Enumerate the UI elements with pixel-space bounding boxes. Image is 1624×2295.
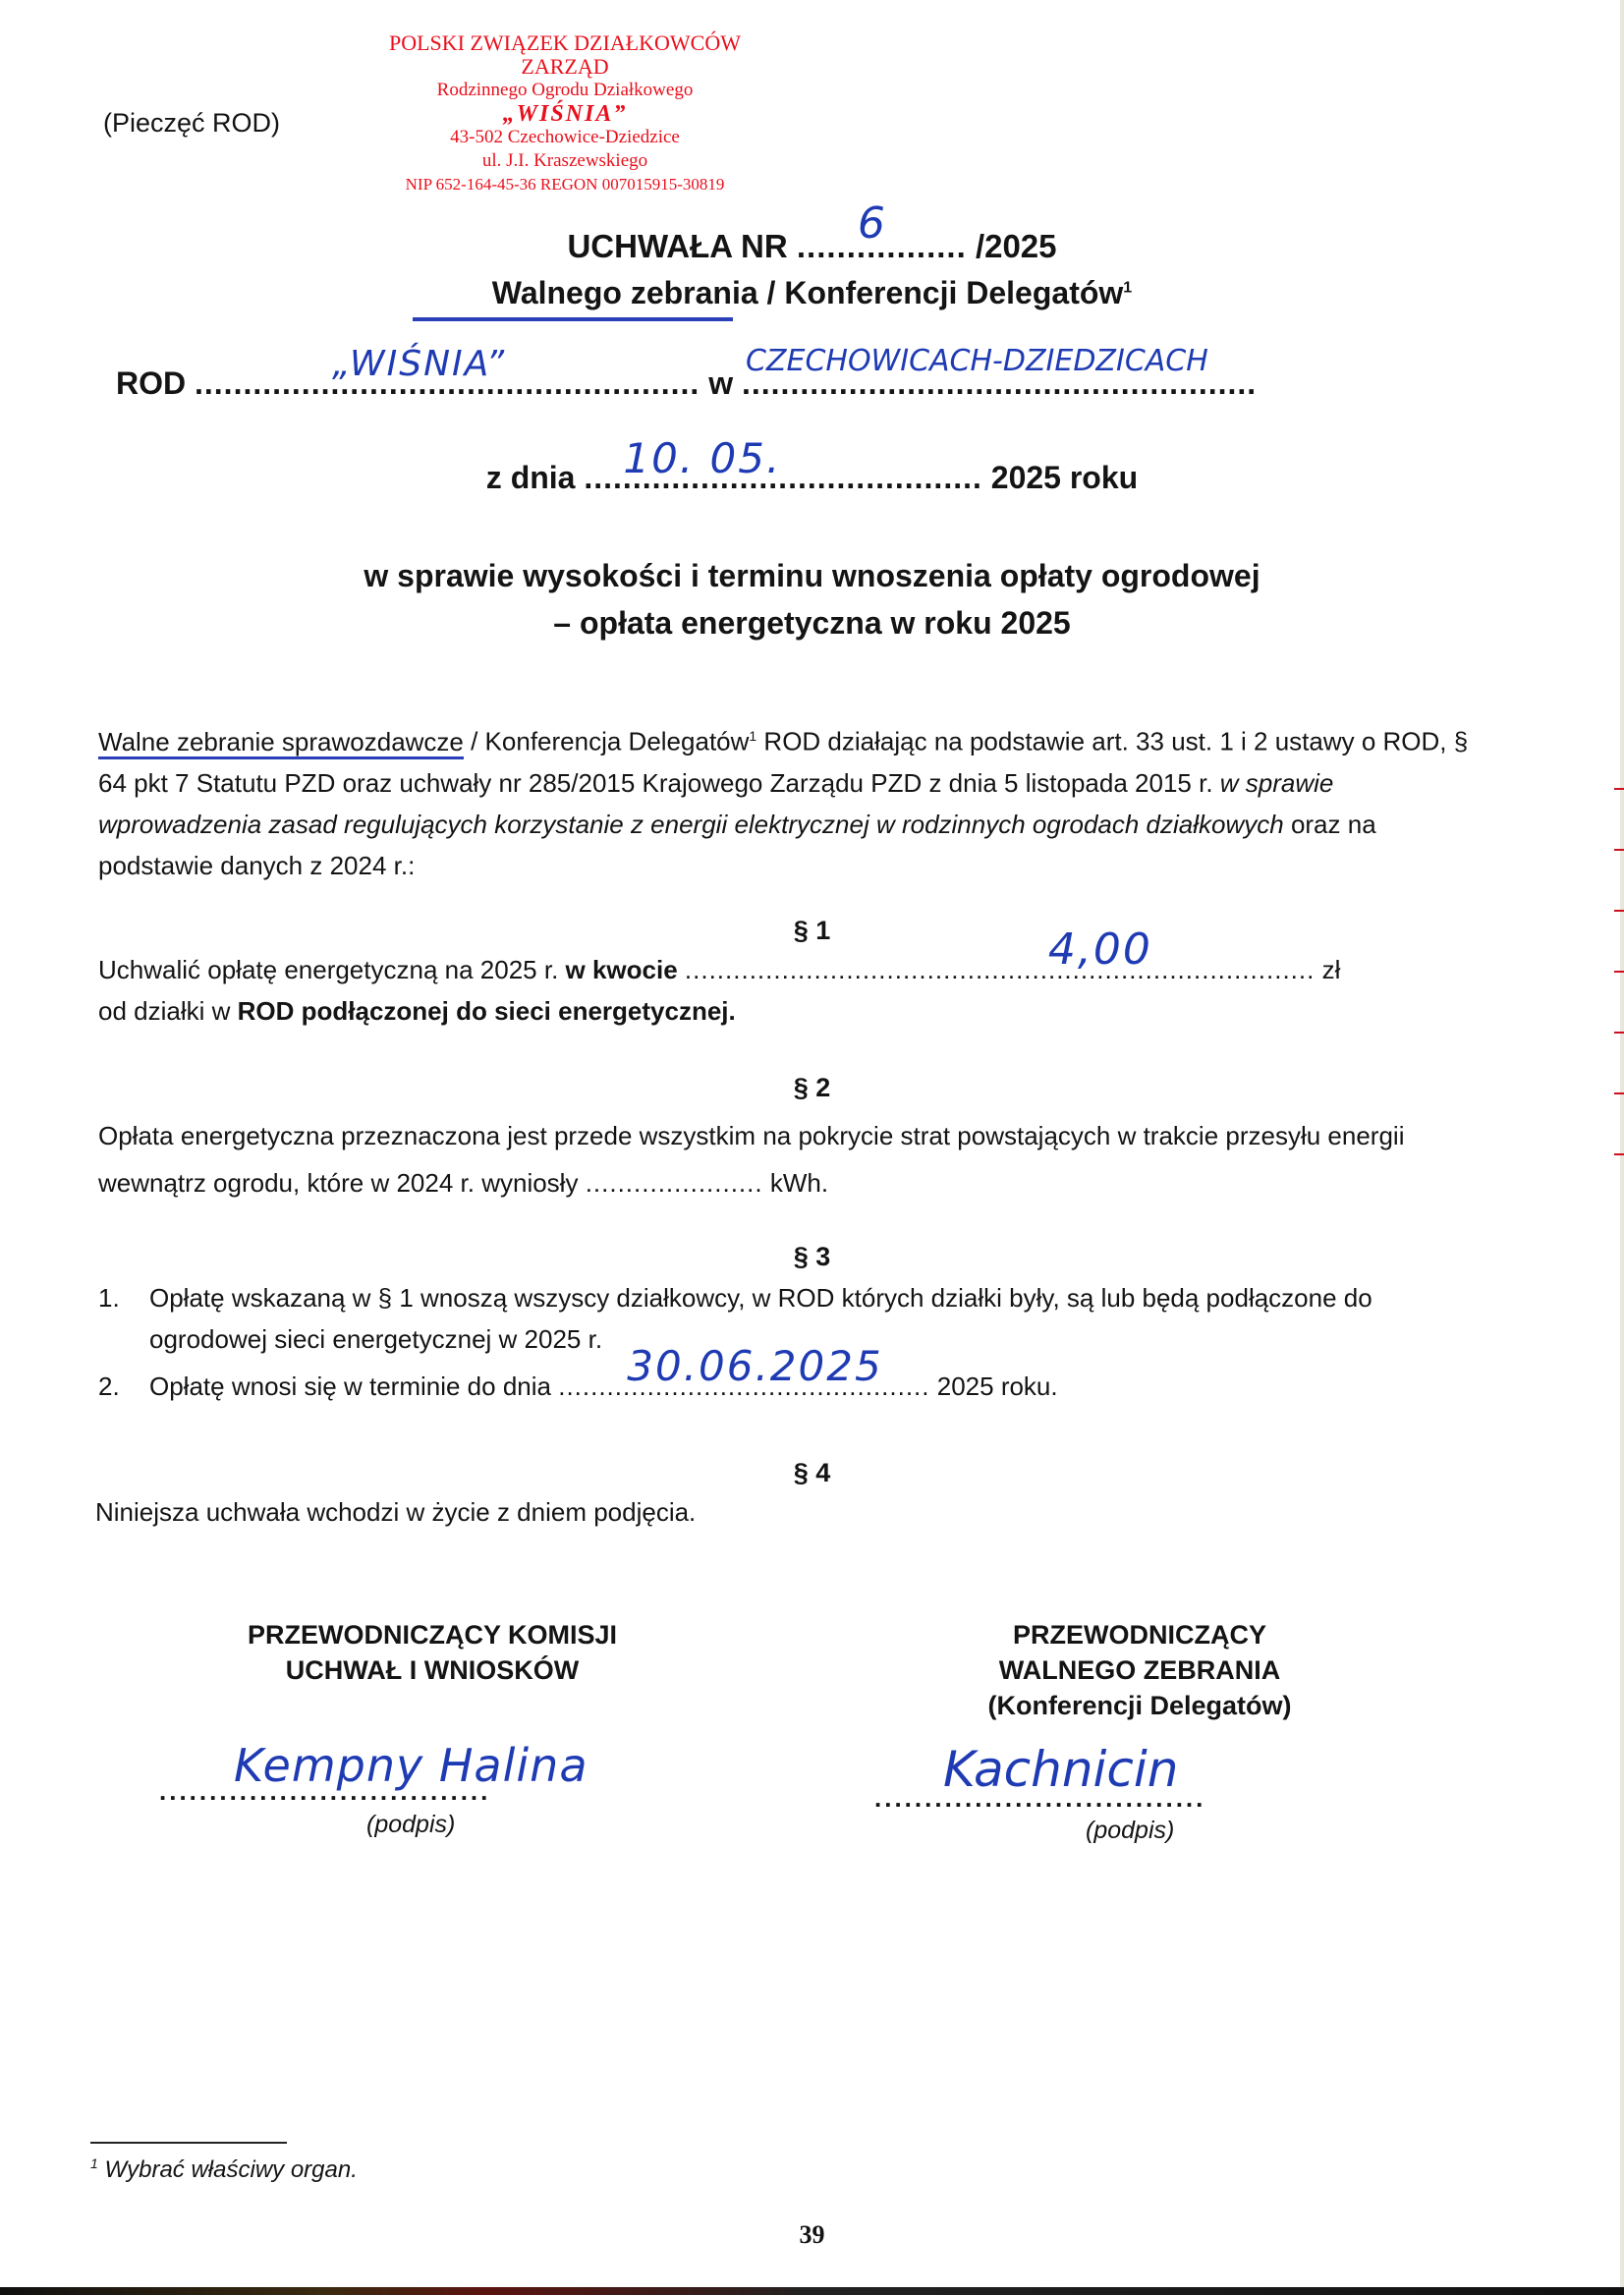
amount-dots: ........................................… <box>685 955 1315 984</box>
edge-tick-mark <box>1614 1032 1624 1034</box>
scan-bottom-edge <box>0 2287 1624 2295</box>
section-3-heading: § 3 <box>0 1242 1624 1272</box>
item-number: 1. <box>98 1277 149 1360</box>
page-number: 39 <box>0 2220 1624 2250</box>
section-3-list: 1. Opłatę wskazaną w § 1 wnoszą wszyscy … <box>98 1277 1479 1407</box>
rod-line: ROD ....................................… <box>116 365 1257 402</box>
s1-bold: w kwocie <box>566 955 678 984</box>
footnote-text: Wybrać właściwy organ. <box>98 2156 358 2183</box>
left-signatory-title: PRZEWODNICZĄCY KOMISJI UCHWAŁ I WNIOSKÓW <box>157 1617 707 1688</box>
stamp-line: POLSKI ZWIĄZEK DZIAŁKOWCÓW <box>295 31 835 55</box>
stamp-line: „WIŚNIA” <box>295 102 835 126</box>
page-edge <box>1620 0 1624 2295</box>
rod-stamp: POLSKI ZWIĄZEK DZIAŁKOWCÓW ZARZĄD Rodzin… <box>295 31 835 196</box>
resolution-number-field[interactable]: 6 <box>858 198 887 249</box>
right-signatory-title: PRZEWODNICZĄCY WALNEGO ZEBRANIA (Konfere… <box>884 1617 1395 1723</box>
stamp-line: ul. J.I. Kraszewskiego <box>295 149 835 173</box>
date-suffix: 2025 roku <box>991 460 1138 495</box>
subject-line-2: – opłata energetyczna w roku 2025 <box>0 599 1624 646</box>
date-prefix: z dnia <box>486 460 576 495</box>
stamp-line: ZARZĄD <box>295 55 835 79</box>
subject-line-1: w sprawie wysokości i terminu wnoszenia … <box>0 552 1624 599</box>
edge-tick-mark <box>1614 1153 1624 1155</box>
resolution-year: /2025 <box>976 228 1057 264</box>
resolution-organ: Walnego zebrania / Konferencji Delegatów… <box>0 275 1624 311</box>
edge-tick-mark <box>1614 910 1624 912</box>
intro-text: / Konferencja Delegatów <box>464 727 750 756</box>
s1-text: Uchwalić opłatę energetyczną na 2025 r. <box>98 955 566 984</box>
footnote: 1 Wybrać właściwy organ. <box>90 2155 358 2184</box>
left-signature-caption: (podpis) <box>366 1811 455 1839</box>
section-2-heading: § 2 <box>0 1073 1624 1103</box>
item-number: 2. <box>98 1366 149 1407</box>
rod-name-field[interactable]: „WIŚNIA” <box>332 344 506 384</box>
footnote-divider <box>90 2142 287 2144</box>
organ-text: Walnego zebrania / Konferencji Delegatów <box>492 275 1123 310</box>
currency-unit: zł <box>1322 955 1341 984</box>
resolution-subject: w sprawie wysokości i terminu wnoszenia … <box>0 552 1624 646</box>
seal-label: (Pieczęć ROD) <box>103 108 280 139</box>
edge-tick-mark <box>1614 849 1624 851</box>
title-line: UCHWAŁ I WNIOSKÓW <box>157 1652 707 1688</box>
section-1-line-1: Uchwalić opłatę energetyczną na 2025 r. … <box>98 949 1479 990</box>
section-4-heading: § 4 <box>0 1458 1624 1488</box>
date-line: z dnia .................................… <box>0 460 1624 496</box>
title-line: (Konferencji Delegatów) <box>884 1688 1395 1723</box>
date-field[interactable]: 10. 05. <box>623 434 781 482</box>
kwh-unit: kWh. <box>770 1168 828 1198</box>
w-label: w <box>708 365 733 401</box>
right-signature-line: ................................. <box>874 1783 1205 1814</box>
amount-field[interactable]: 4,00 <box>1048 929 1152 971</box>
title-line: PRZEWODNICZĄCY KOMISJI <box>157 1617 707 1652</box>
handwritten-underline <box>413 317 733 321</box>
edge-tick-mark <box>1614 788 1624 790</box>
s1-text: od działki w <box>98 996 238 1026</box>
deadline-suffix: 2025 roku. <box>937 1366 1058 1407</box>
section-1-heading: § 1 <box>0 916 1624 946</box>
footnote-ref: 1 <box>1123 279 1132 296</box>
item-text: Opłatę wnosi się w terminie do dnia <box>149 1366 551 1407</box>
edge-tick-mark <box>1614 1092 1624 1094</box>
resolution-number-line: UCHWAŁA NR ................. 6 /2025 <box>0 228 1624 265</box>
stamp-line: Rodzinnego Ogrodu Działkowego <box>295 79 835 102</box>
section-4-text: Niniejsza uchwała wchodzi w życie z dnie… <box>95 1491 1476 1533</box>
place-field[interactable]: CZECHOWICACH-DZIEDZICACH <box>746 344 1208 378</box>
title-line: WALNEGO ZEBRANIA <box>884 1652 1395 1688</box>
title-line: PRZEWODNICZĄCY <box>884 1617 1395 1652</box>
list-item: 2. Opłatę wnosi się w terminie do dnia .… <box>98 1366 1479 1407</box>
stamp-line: 43-502 Czechowice-Dziedzice <box>295 126 835 149</box>
section-2-text: Opłata energetyczna przeznaczona jest pr… <box>98 1112 1479 1206</box>
kwh-field[interactable]: ...................... <box>586 1168 763 1198</box>
deadline-field[interactable]: 30.06.2025 <box>627 1346 882 1387</box>
stamp-line: NIP 652-164-45-36 REGON 007015915-30819 <box>295 173 835 196</box>
edge-tick-mark <box>1614 971 1624 973</box>
left-signature-line: ................................. <box>159 1776 490 1807</box>
section-1-line-2: od działki w ROD podłączonej do sieci en… <box>98 990 1479 1032</box>
intro-paragraph: Walne zebranie sprawozdawcze / Konferenc… <box>98 715 1479 886</box>
rod-label: ROD <box>116 365 186 401</box>
right-signature-caption: (podpis) <box>1086 1817 1174 1845</box>
intro-underlined: Walne zebranie sprawozdawcze <box>98 727 464 759</box>
resolution-prefix: UCHWAŁA NR <box>567 228 787 264</box>
s1-bold: ROD podłączonej do sieci energetycznej. <box>238 996 736 1026</box>
footnote-mark: 1 <box>90 2155 98 2171</box>
